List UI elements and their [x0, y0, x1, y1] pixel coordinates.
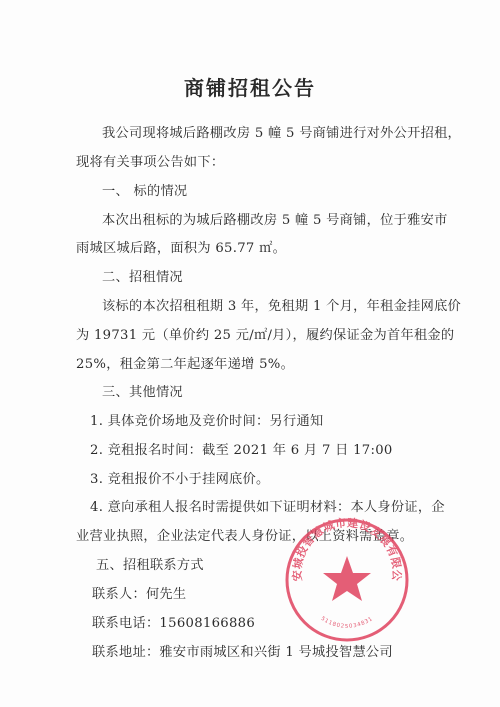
section2-line-1: 该标的本次招租租期 3 年，免租期 1 个月，年租金挂网底价 [102, 298, 462, 316]
section1-line-1: 本次出租标的为城后路棚改房 5 幢 5 号商铺，位于雅安市 [102, 212, 462, 230]
section2-line-3: 25%，租金第二年起逐年递增 5%。 [76, 356, 436, 374]
section3-item-2: 2. 竞租报名时间：截至 2021 年 6 月 7 日 17:00 [90, 442, 450, 460]
section3-heading: 三、其他情况 [102, 384, 462, 402]
contact-address: 联系地址：雅安市雨城区和兴街 1 号城投智慧公司 [92, 644, 452, 662]
section3-item-1: 1. 具体竞价场地及竞价时间：另行通知 [90, 413, 450, 431]
intro-line-1: 我公司现将城后路棚改房 5 幢 5 号商铺进行对外公开招租， [102, 125, 462, 143]
section2-heading: 二、招租情况 [102, 269, 462, 287]
section2-line-2: 为 19731 元（单价约 25 元/㎡/月），履约保证金为首年租金的 [76, 327, 436, 345]
document-page: 商铺招租公告 我公司现将城后路棚改房 5 幢 5 号商铺进行对外公开招租， 现将… [0, 0, 500, 707]
section1-heading: 一、 标的情况 [102, 183, 462, 201]
section3-item-3: 3. 竞租报价不小于挂网底价。 [90, 471, 450, 489]
document-title: 商铺招租公告 [0, 72, 500, 101]
section1-line-2: 雨城区城后路，面积为 65.77 ㎡。 [76, 240, 436, 258]
svg-text:5118025034831: 5118025034831 [320, 616, 375, 630]
company-seal-icon: 雅安城投智慧城市建设发展有限公司 5118025034831 [283, 516, 411, 644]
intro-line-2: 现将有关事项公告如下： [76, 154, 436, 172]
section3-item-4: 4. 意向承租人报名时需提供如下证明材料：本人身份证，企 [90, 499, 450, 517]
